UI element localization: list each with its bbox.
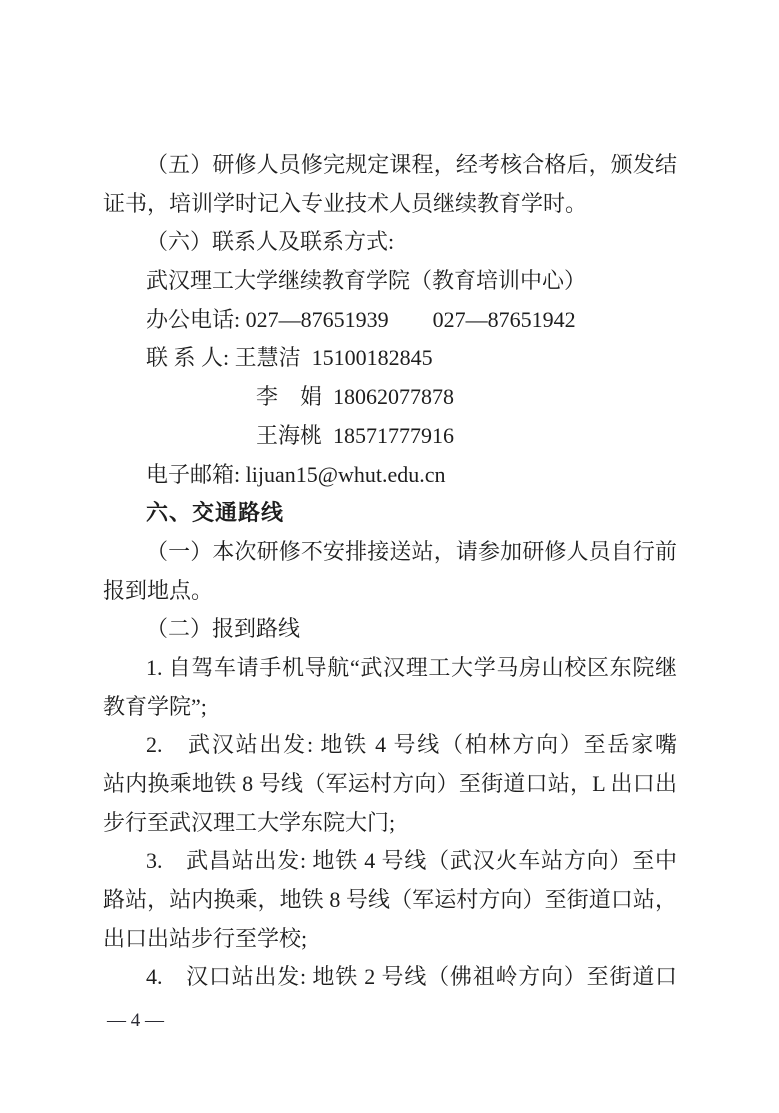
paragraph-line: （一）本次研修不安排接送站，请参加研修人员自行前往 [0,533,779,572]
organization-name: 武汉理工大学继续教育学院（教育培训中心） [0,262,779,301]
route-item-line: 3. 武昌站出发: 地铁 4 号线（武汉火车站方向）至中南 [0,842,779,881]
contact-person-line: 联 系 人: 王慧洁 15100182845 [0,339,779,378]
route-item-line: 出口出站步行至学校; [0,920,779,959]
contact-person-line: 王海桃 18571777916 [0,417,779,456]
route-item-line: 路站，站内换乘，地铁 8 号线（军运村方向）至街道口站，L [0,881,779,920]
route-item-line: 4. 汉口站出发: 地铁 2 号线（佛祖岭方向）至街道口站， [0,958,779,997]
paragraph-line: 证书，培训学时记入专业技术人员继续教育学时。 [0,185,779,224]
contact-person-line: 李 娟 18062077878 [0,378,779,417]
paragraph-line: （六）联系人及联系方式: [0,223,779,262]
section-heading: 六、交通路线 [0,494,779,533]
route-item-line: 1. 自驾车请手机导航“武汉理工大学马房山校区东院继续 [0,649,779,688]
paragraph-line: 报到地点。 [0,572,779,611]
document-body: （五）研修人员修完规定课程，经考核合格后，颁发结业 证书，培训学时记入专业技术人… [0,146,779,997]
route-item-line: 站内换乘地铁 8 号线（军运村方向）至街道口站，L 出口出站 [0,765,779,804]
page-number: — 4 — [107,1007,164,1035]
route-item-line: 教育学院”; [0,688,779,727]
paragraph-line: （五）研修人员修完规定课程，经考核合格后，颁发结业 [0,146,779,185]
email-line: 电子邮箱: lijuan15@whut.edu.cn [0,456,779,495]
document-page: （五）研修人员修完规定课程，经考核合格后，颁发结业 证书，培训学时记入专业技术人… [0,0,779,1113]
route-item-line: 步行至武汉理工大学东院大门; [0,804,779,843]
route-item-line: 2. 武汉站出发: 地铁 4 号线（柏林方向）至岳家嘴站， [0,726,779,765]
office-phone-line: 办公电话: 027—87651939 027—87651942 [0,301,779,340]
subsection-heading: （二）报到路线 [0,610,779,649]
